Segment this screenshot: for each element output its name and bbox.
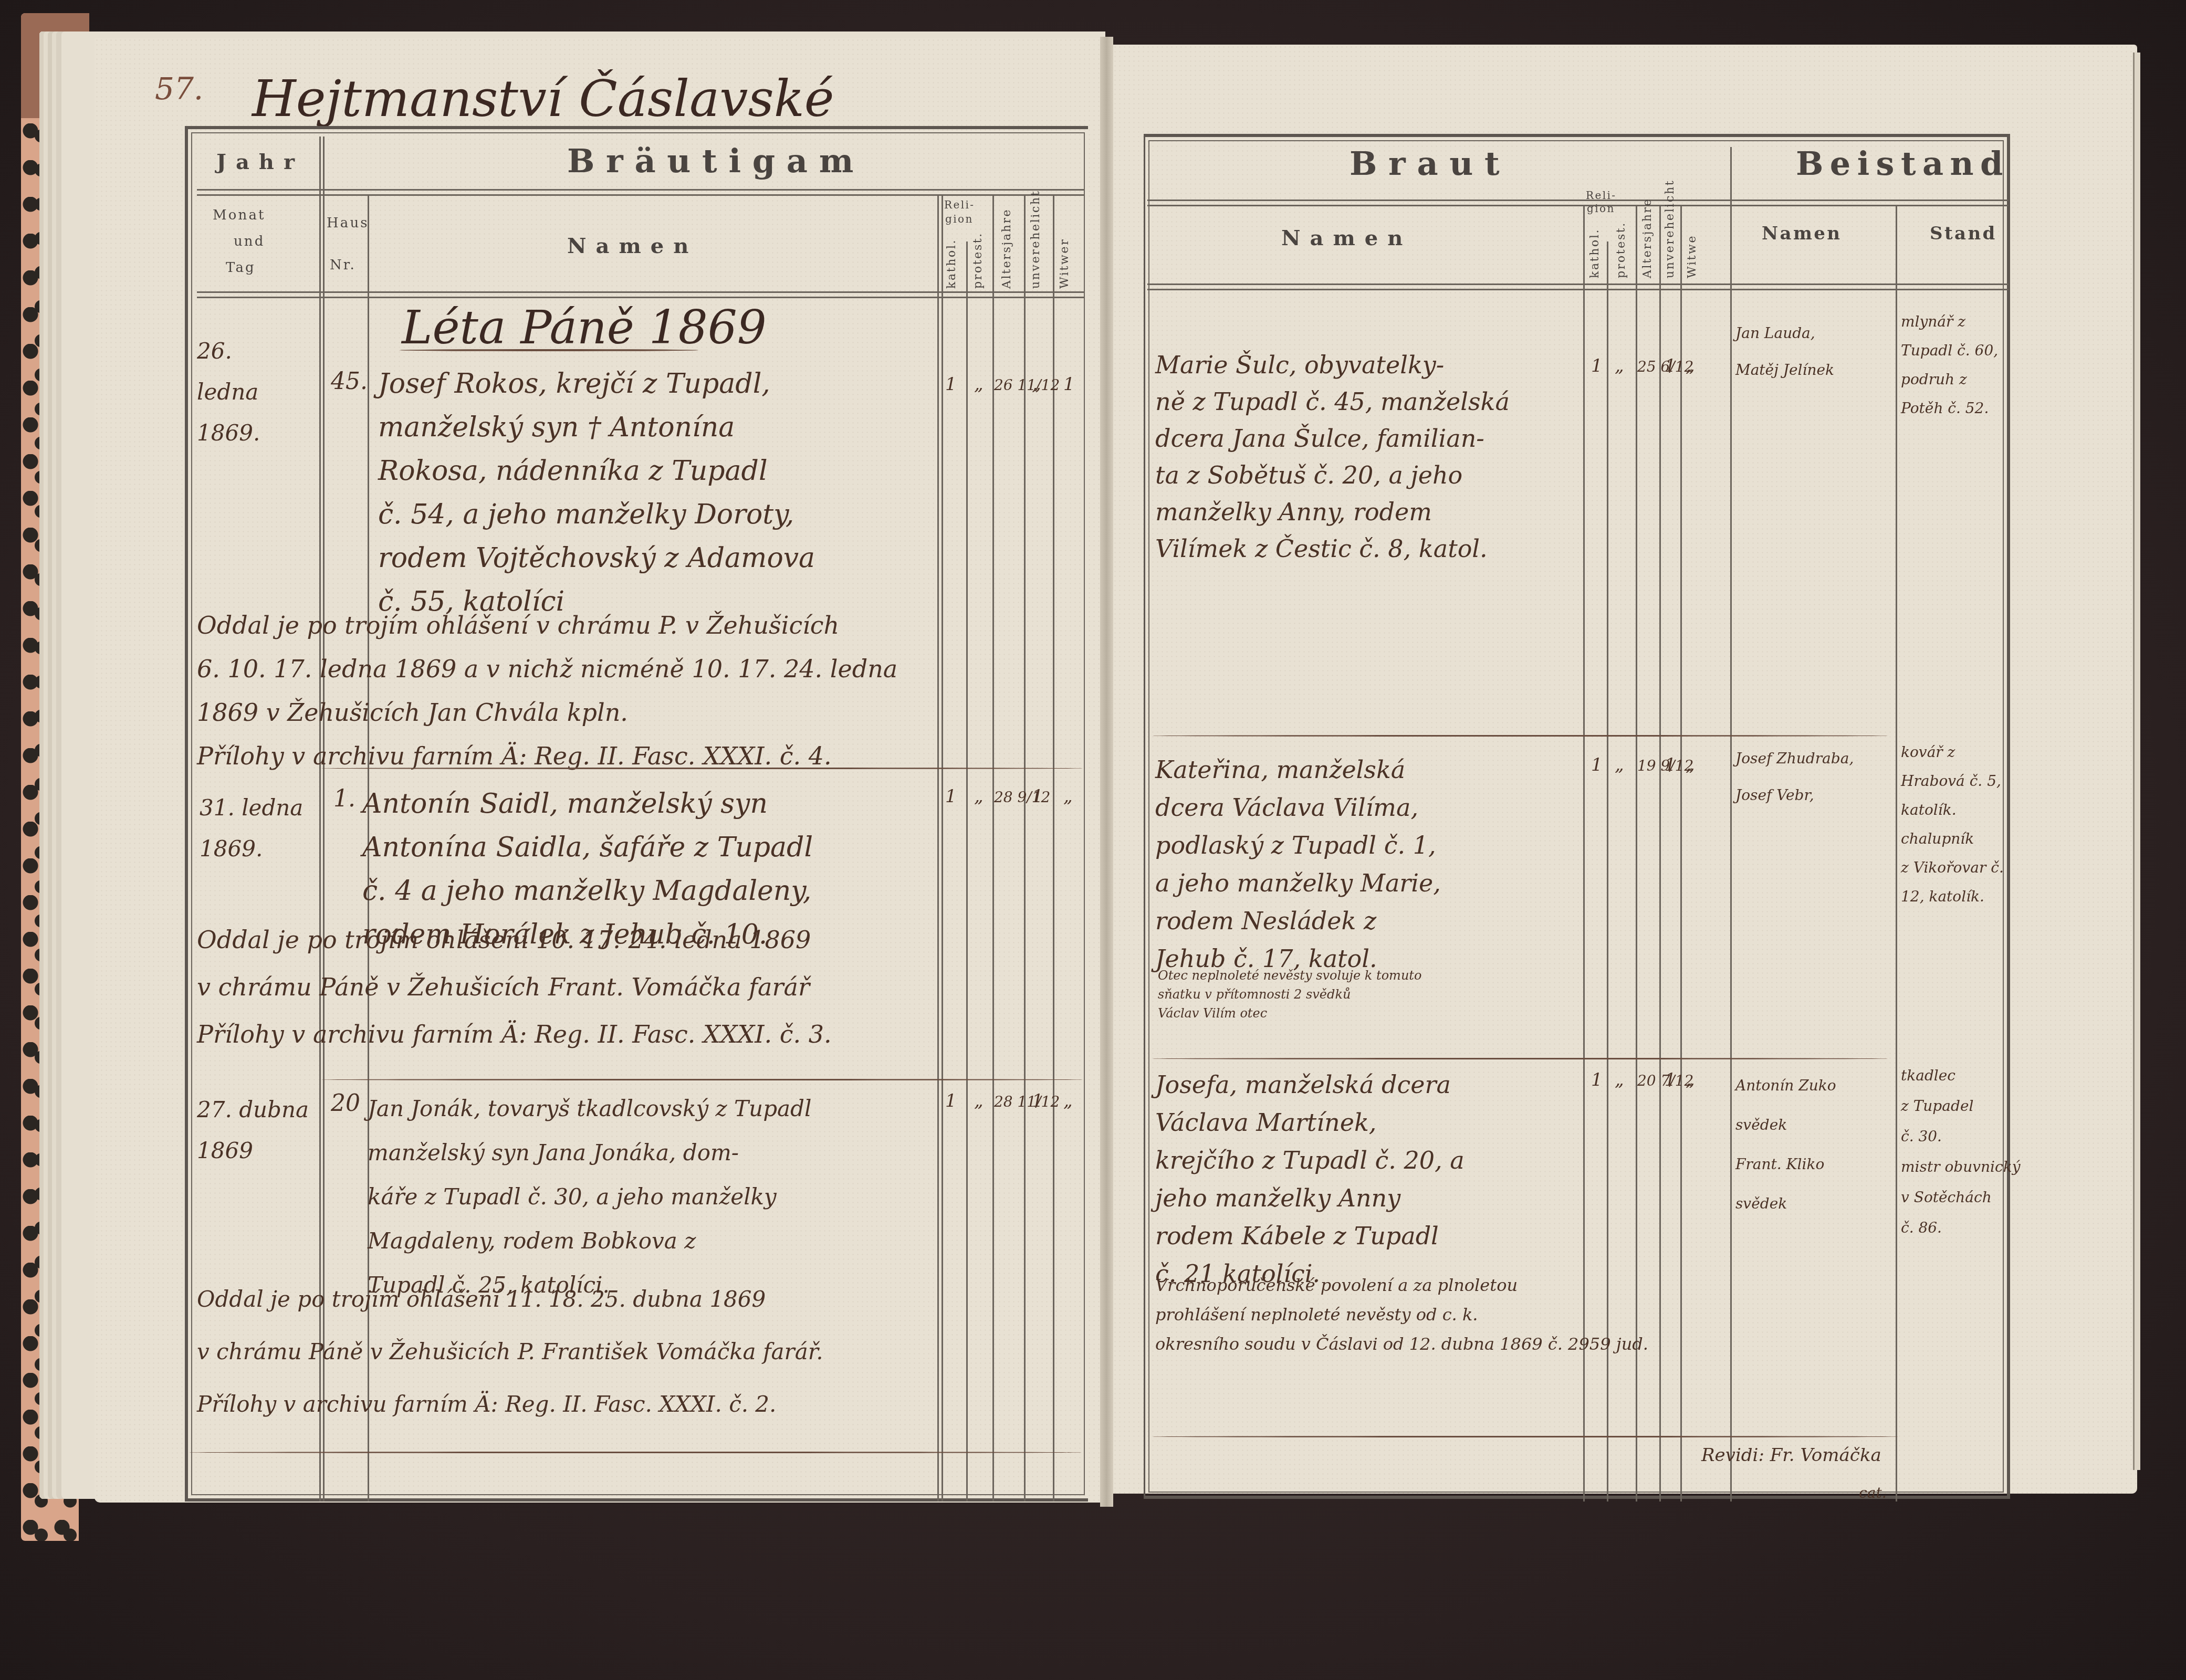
entry-3-bride-note: Vrchnoporučenské povolení a za plnoletou… [1155,1270,1648,1359]
header-age: Altersjahre [1000,199,1013,289]
header-house: Haus [327,215,369,231]
entry-1-bride: Marie Šulc, obyvatelky-ně z Tupadl č. 45… [1155,346,1510,567]
entry-1-right-separator [1153,735,1888,737]
entry-1-witness-names: Jan Lauda,Matěj Jelínek [1735,315,1834,388]
header-bride-religion-2: gion [1587,202,1615,215]
header-witnesses: Beistand [1796,144,2010,183]
entry-2-bride-widow: „ [1686,756,1695,774]
col-name-divider [937,194,939,1501]
entry-3-house-no: 20 [331,1092,360,1115]
entry-2-bride-protestant: „ [1615,756,1624,774]
entry-2-witness-names: Josef Zhudraba,Josef Vebr, [1735,740,1854,814]
district-heading: Hejtmanství Čáslavské [252,73,834,124]
col-name-divider-2 [942,194,943,1501]
entry-1-groom-age: 26 11/12 [994,378,1060,393]
right-page-edge [2133,52,2140,1470]
header-protest: protest. [971,241,985,289]
header-religion: Reli- [944,198,975,211]
entry-3-bride: Josefa, manželská dceraVáclava Martínek,… [1155,1066,1465,1293]
right-header-rule-2 [1147,205,2009,206]
header-bride-unmarried: unverehelicht [1664,189,1677,278]
entry-2-groom-widower: „ [1063,787,1073,805]
header-unmarried: unverehelicht [1029,199,1042,289]
header-house-nr: Nr. [330,257,356,273]
entry-2-groom-unmarried: 1 [1032,787,1043,805]
revision-signature: Revidi: Fr. Vomáčka [1701,1446,1881,1464]
left-header-rule [197,189,1084,191]
entry-3-witness-status: tkadlecz Tupadelč. 30.mistr obuvnickýv S… [1901,1060,2021,1243]
entry-3-groom-unmarried: 1 [1032,1092,1043,1110]
header-bride-protest: protest. [1615,226,1628,278]
book-gutter [1100,37,1113,1507]
header-widow: Witwe [1686,210,1699,278]
entry-2-separator [321,1079,1083,1080]
entry-1-groom-catholic: 1 [945,375,957,393]
header-bride: Braut [1350,144,1511,183]
entry-3-date: 27. dubna1869 [197,1089,309,1171]
entry-1-bride-unmarried: 1 [1665,357,1676,375]
entry-1-marriage-note: Oddal je po trojím ohlášení v chrámu P. … [197,604,897,778]
header-month: Monat [213,207,266,223]
entry-1-bride-widow: „ [1686,357,1695,375]
header-bride-age: Altersjahre [1641,189,1654,278]
header-bride-name: Namen [1281,226,1412,250]
witness-divider [1730,147,1732,1501]
header-witness-name: Namen [1762,223,1842,244]
header-groom-name: Namen [567,234,698,258]
header-religion-2: gion [945,213,974,225]
entry-1-groom: Josef Rokos, krejčí z Tupadl,manželský s… [378,362,815,624]
entry-1-groom-unmarried: „ [1032,375,1041,393]
bride-unmarried-divider [1680,205,1682,1501]
header-day: Tag [226,260,256,276]
entry-2-bride-note: Otec neplnoleté nevěsty svoluje k tomuto… [1158,966,1421,1023]
entry-3-right-separator [1153,1436,1898,1437]
left-body-rule [197,291,1084,293]
section-title-underline [399,349,698,351]
col-kathol-divider [966,241,968,1501]
entry-3-groom-widower: „ [1063,1092,1073,1110]
left-body-rule-2 [197,297,1084,298]
entry-1-separator [321,768,1083,769]
entry-2-witness-status: kovář zHrabová č. 5,katolík.chalupníkz V… [1901,738,2004,911]
entry-3-marriage-note: Oddal je po trojím ohlášení 11. 18. 25. … [197,1273,823,1431]
entry-1-groom-widower: 1 [1063,375,1075,393]
entry-1-groom-protestant: „ [974,375,984,393]
revision-note: cat. [1859,1486,1887,1500]
right-body-rule-2 [1147,289,2009,290]
entry-1-bride-protestant: „ [1615,357,1624,375]
entry-3-bride-unmarried: 1 [1665,1071,1676,1089]
entry-1-witness-status: mlynář zTupadl č. 60,podruh zPotěh č. 52… [1901,307,1998,423]
entry-2-bride-catholic: 1 [1591,756,1603,774]
entry-3-groom-age: 28 11/12 [994,1095,1060,1109]
header-kathol: kathol. [945,241,958,289]
header-year: Jahr [216,150,304,174]
header-groom: Bräutigam [567,142,865,180]
entry-2-house-no: 1. [333,787,355,811]
witness-status-divider [1896,205,1897,1501]
entry-3-groom-catholic: 1 [945,1092,957,1110]
entry-2-marriage-note: Oddal je po trojím ohlášení 10. 17. 24. … [197,916,832,1058]
entry-3-bride-widow: „ [1686,1071,1695,1089]
right-body-rule [1147,283,2009,285]
entry-2-date: 31. ledna1869. [200,787,303,869]
entry-2-right-separator [1153,1058,1888,1059]
entry-2-bride: Kateřina, manželskádcera Václava Vilíma,… [1155,751,1441,978]
right-header-rule [1147,199,2009,201]
header-witness-status: Stand [1930,223,1997,244]
entry-2-bride-unmarried: 1 [1665,756,1676,774]
entry-1-house-no: 45. [331,370,368,393]
entry-1-bride-catholic: 1 [1591,357,1603,375]
section-title: Léta Páně 1869 [402,304,767,351]
entry-2-groom-protestant: „ [974,787,984,805]
entry-3-groom-protestant: „ [974,1092,984,1110]
entry-3-separator [189,1452,1082,1453]
entry-3-bride-protestant: „ [1615,1071,1624,1089]
entry-3-witness-names: Antonín ZukosvědekFrant. Klikosvědek [1735,1066,1836,1223]
entry-3-bride-catholic: 1 [1591,1071,1603,1089]
entry-2-groom-catholic: 1 [945,787,957,805]
left-header-rule-2 [197,194,1084,196]
bride-age-divider [1659,205,1661,1501]
entry-1-date: 26.ledna1869. [197,331,260,454]
header-widower: Witwer [1058,199,1071,289]
header-bride-kathol: kathol. [1588,226,1602,278]
header-and: und [234,234,265,249]
header-bride-religion: Reli- [1586,189,1616,202]
page-number: 57. [155,73,203,104]
